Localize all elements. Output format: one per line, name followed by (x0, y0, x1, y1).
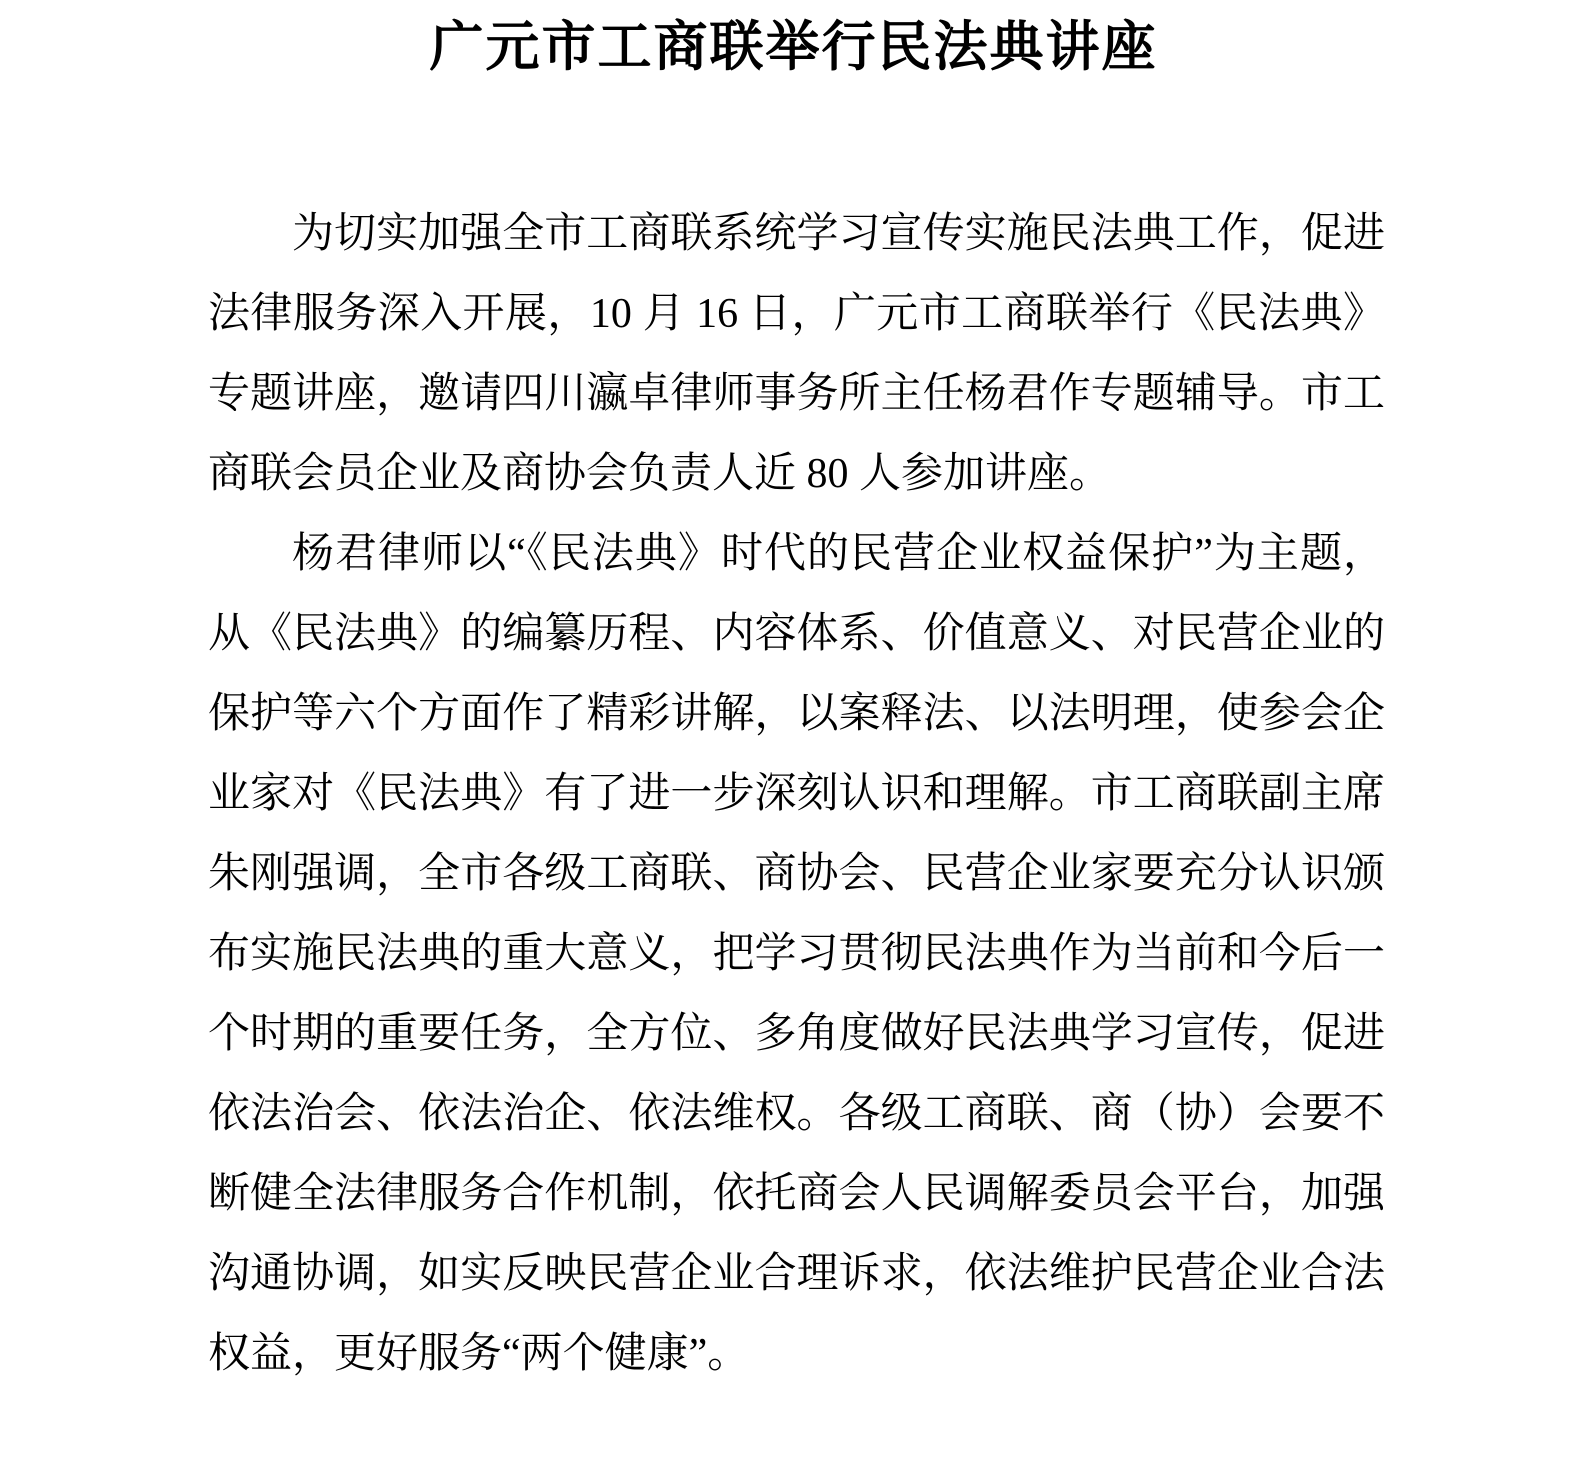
document-page: 广元市工商联举行民法典讲座 为切实加强全市工商联系统学习宣传实施民法典工作，促进… (0, 0, 1587, 1462)
paragraph-1: 为切实加强全市工商联系统学习宣传实施民法典工作，促进法律服务深入开展，10 月 … (208, 194, 1385, 514)
document-body: 为切实加强全市工商联系统学习宣传实施民法典工作，促进法律服务深入开展，10 月 … (208, 194, 1385, 1394)
paragraph-2: 杨君律师以“《民法典》时代的民营企业权益保护”为主题，从《民法典》的编纂历程、内… (208, 514, 1385, 1394)
document-title: 广元市工商联举行民法典讲座 (0, 0, 1587, 82)
